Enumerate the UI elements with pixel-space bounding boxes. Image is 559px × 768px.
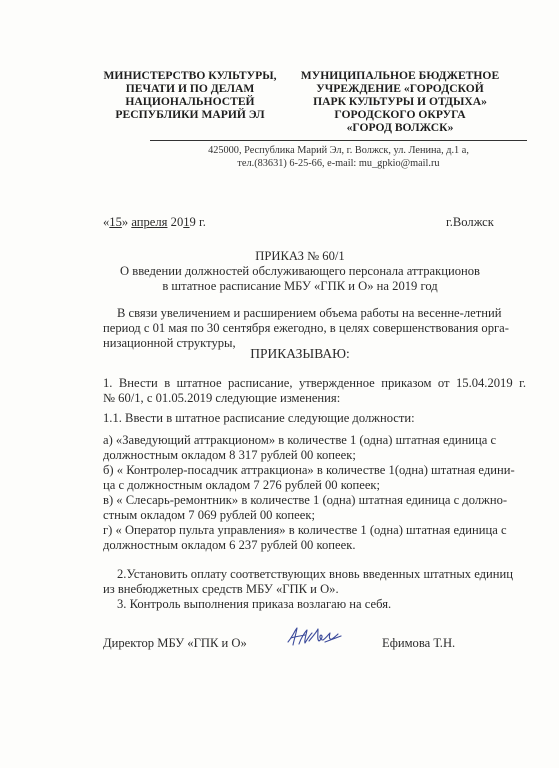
- item-1-1: 1.1. Ввести в штатное расписание следующ…: [103, 411, 415, 426]
- ministry-header: МИНИСТЕРСТВО КУЛЬТУРЫ, ПЕЧАТИ И ПО ДЕЛАМ…: [92, 69, 288, 121]
- item-1-line: № 60/1, с 01.05.2019 следующие изменения…: [103, 391, 340, 406]
- year-part: 9 г.: [190, 215, 206, 229]
- order-date: «15» апреля 2019 г.: [103, 215, 206, 230]
- institution-line: МУНИЦИПАЛЬНОЕ БЮДЖЕТНОЕ: [300, 69, 500, 82]
- ministry-line: РЕСПУБЛИКИ МАРИЙ ЭЛ: [92, 108, 288, 121]
- order-title: ПРИКАЗ № 60/1: [80, 249, 520, 264]
- position-d-line: г) « Оператор пульта управления» в колич…: [103, 523, 507, 538]
- ministry-line: ПЕЧАТИ И ПО ДЕЛАМ: [92, 82, 288, 95]
- position-b-line: б) « Контролер-посадчик аттракциона» в к…: [103, 463, 515, 478]
- position-d-line: должностным окладом 6 237 рублей 00 копе…: [103, 538, 355, 553]
- signatory-position: Директор МБУ «ГПК и О»: [103, 636, 247, 651]
- item-2-line: 2.Установить оплату соответствующих внов…: [117, 567, 513, 582]
- institution-line: ПАРК КУЛЬТУРЫ И ОТДЫХА»: [300, 95, 500, 108]
- position-c-line: в) « Слесарь-ремонтник» в количестве 1 (…: [103, 493, 507, 508]
- institution-line: УЧРЕЖДЕНИЕ «ГОРОДСКОЙ: [300, 82, 500, 95]
- position-a-line: должностным окладом 8 317 рублей 00 копе…: [103, 448, 356, 463]
- order-city: г.Волжск: [446, 215, 494, 230]
- decree-heading: ПРИКАЗЫВАЮ:: [80, 347, 520, 362]
- date-day: 15: [109, 215, 122, 229]
- ministry-line: МИНИСТЕРСТВО КУЛЬТУРЫ,: [92, 69, 288, 82]
- item-2-line: из внебюджетных средств МБУ «ГПК и О».: [103, 582, 339, 597]
- preamble-line: В связи увеличением и расширением объема…: [117, 306, 501, 321]
- signatory-name: Ефимова Т.Н.: [382, 636, 455, 651]
- year-part: 20: [171, 215, 184, 229]
- position-c-line: стным окладом 7 069 рублей 00 копеек;: [103, 508, 315, 523]
- order-subject-line: в штатное расписание МБУ «ГПК и О» на 20…: [80, 279, 520, 294]
- address-block: 425000, Республика Марий Эл, г. Волжск, …: [150, 144, 527, 170]
- date-month: апреля: [131, 215, 167, 229]
- institution-line: ГОРОДСКОГО ОКРУГА: [300, 108, 500, 121]
- institution-line: «ГОРОД ВОЛЖСК»: [300, 121, 500, 134]
- position-a-line: а) «Заведующий аттракционом» в количеств…: [103, 433, 496, 448]
- order-subject-line: О введении должностей обслуживающего пер…: [80, 264, 520, 279]
- ministry-line: НАЦИОНАЛЬНОСТЕЙ: [92, 95, 288, 108]
- handwritten-signature-icon: [285, 624, 345, 650]
- contact-line: тел.(83631) 6-25-66, e-mail: mu_gpkio@ma…: [150, 157, 527, 170]
- institution-header: МУНИЦИПАЛЬНОЕ БЮДЖЕТНОЕ УЧРЕЖДЕНИЕ «ГОРО…: [300, 69, 500, 134]
- position-b-line: ца с должностным окладом 7 276 рублей 00…: [103, 478, 380, 493]
- header-divider: [150, 140, 527, 141]
- quote: »: [122, 215, 128, 229]
- address-line: 425000, Республика Марий Эл, г. Волжск, …: [150, 144, 527, 157]
- item-3: 3. Контроль выполнения приказа возлагаю …: [117, 597, 391, 612]
- preamble-line: период с 01 мая по 30 сентября ежегодно,…: [103, 321, 509, 336]
- item-1-line: 1. Внести в штатное расписание, утвержде…: [103, 376, 526, 391]
